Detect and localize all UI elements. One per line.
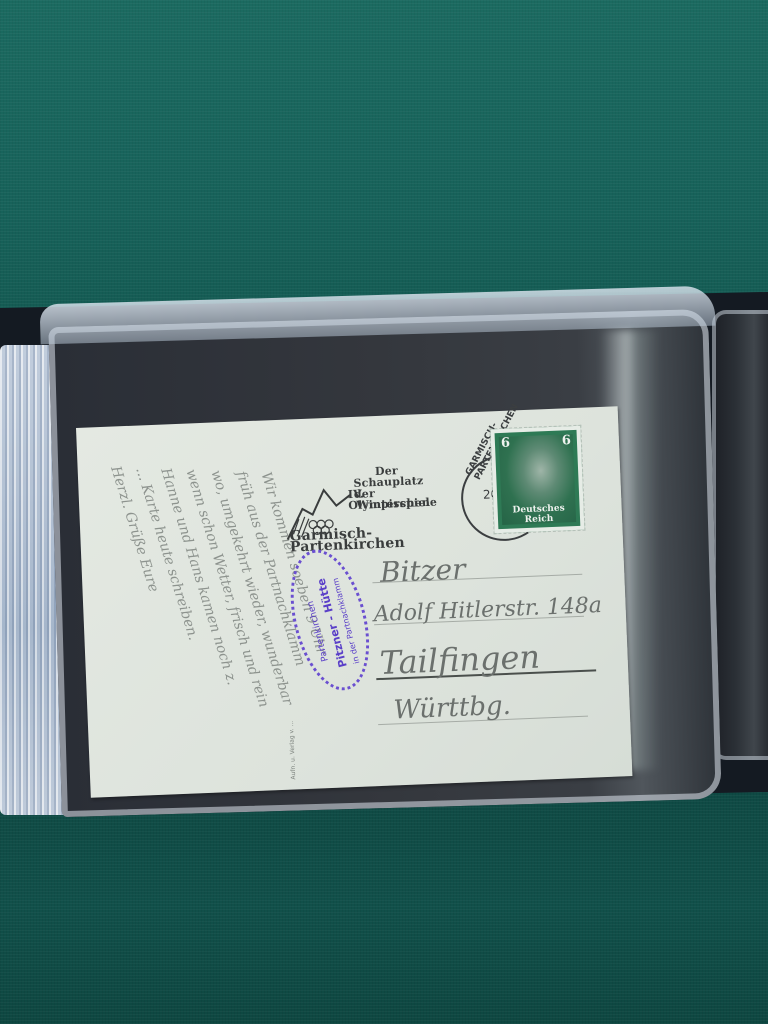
address-town: Tailfingen [379, 638, 541, 682]
address-street: Adolf Hitlerstr. 148a [373, 593, 602, 627]
handwritten-message: Wir kommen soeben 9 Uhr früh aus der Par… [86, 427, 310, 785]
stamp-country: Deutsches Reich [497, 503, 580, 526]
slogan-cancel: Der Schauplatz der IV. Olympischen Winte… [283, 463, 446, 559]
address-region: Württbg. [393, 691, 511, 726]
album-next-page [712, 310, 768, 760]
stamp-value-right: 6 [562, 433, 572, 448]
postage-stamp: 6 6 Deutsches Reich [490, 426, 584, 534]
postcard: Wir kommen soeben 9 Uhr früh aus der Par… [76, 406, 632, 797]
green-cloth-background-bottom [0, 790, 768, 1024]
stamp-value-left: 6 [501, 436, 511, 451]
address-name: Bitzer [379, 552, 466, 588]
slogan-line: Winterspiele [356, 497, 437, 511]
